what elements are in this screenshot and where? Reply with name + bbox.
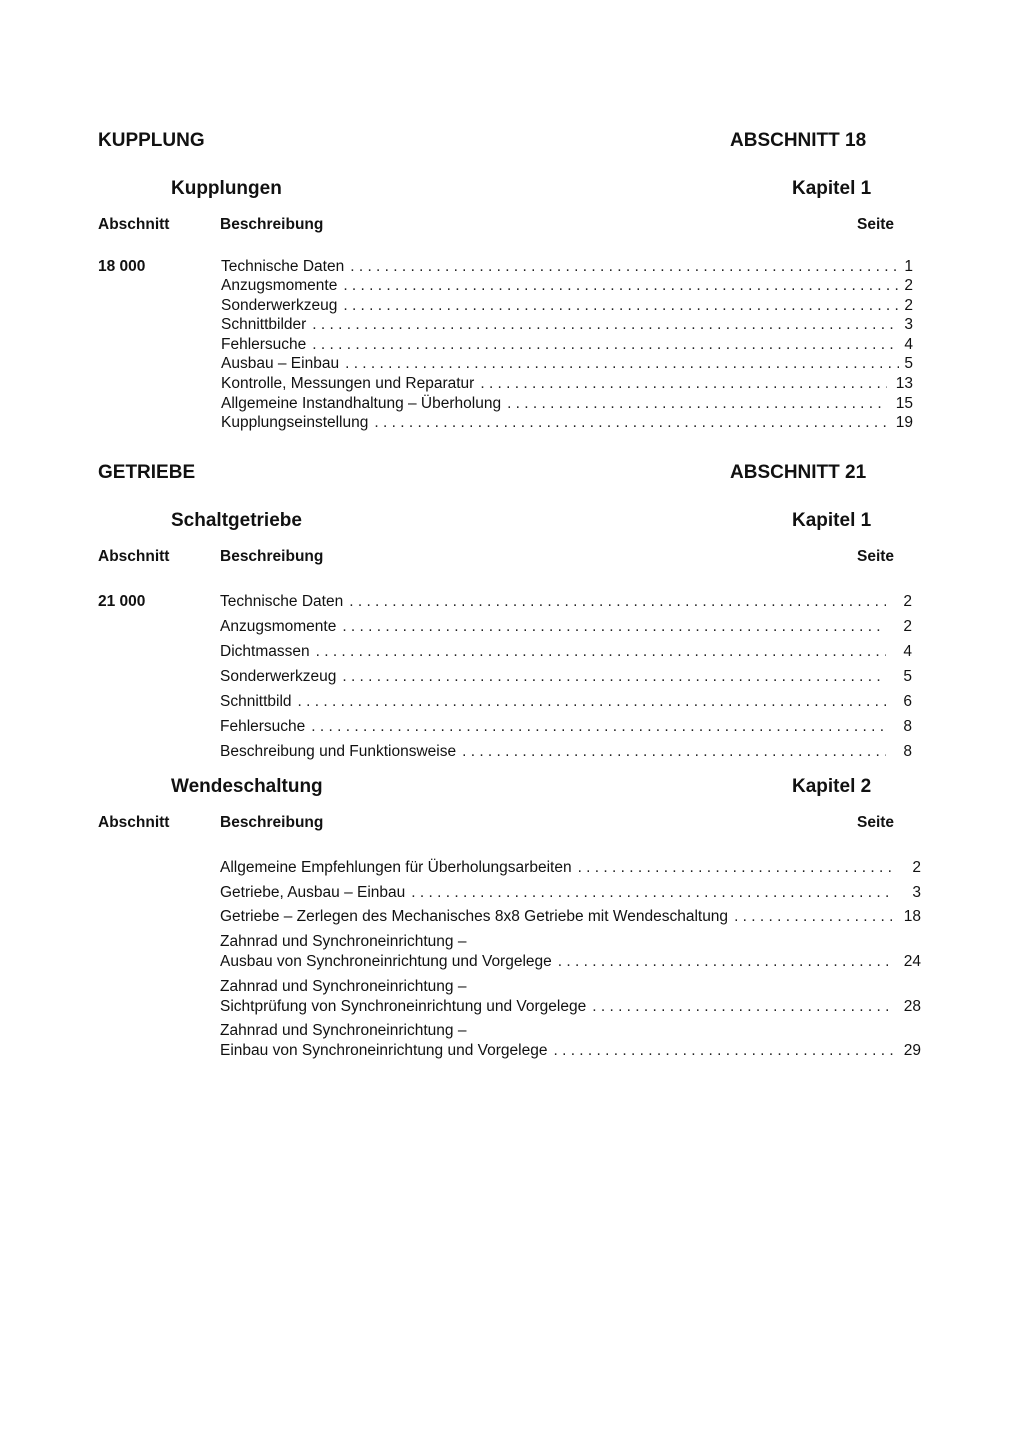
dot-leader: [374, 414, 887, 432]
toc-entry-page: 24: [899, 953, 921, 971]
dot-leader: [578, 859, 895, 877]
toc-entry-title-line1: Zahnrad und Synchroneinrichtung –: [220, 978, 586, 996]
chapter-title: Kupplungen: [171, 178, 282, 200]
toc-entry-title: Zahnrad und Synchroneinrichtung – Ausbau…: [220, 933, 552, 971]
toc-entry-page: 5: [903, 355, 913, 373]
toc-entry[interactable]: Anzugsmomente 2: [220, 618, 912, 636]
toc-entry[interactable]: Anzugsmomente 2: [221, 277, 913, 295]
dot-leader: [312, 316, 899, 334]
column-header-beschreibung: Beschreibung: [220, 548, 323, 566]
toc-entry[interactable]: Zahnrad und Synchroneinrichtung – Sichtp…: [220, 978, 921, 1016]
toc-entry-title: Schnittbilder: [221, 316, 306, 334]
toc-entry-page: 4: [890, 643, 912, 661]
toc-entry[interactable]: Allgemeine Empfehlungen für Überholungsa…: [220, 859, 921, 877]
toc-entry-page: 8: [890, 718, 912, 736]
dot-leader: [342, 668, 886, 686]
dot-leader: [343, 297, 899, 315]
section-abschnitt-label: ABSCHNITT 18: [730, 130, 866, 152]
dot-leader: [345, 355, 899, 373]
toc-entry-page: 2: [899, 859, 921, 877]
toc-entry-page: 3: [903, 316, 913, 334]
toc-entry[interactable]: Schnittbild 6: [220, 693, 912, 711]
chapter-title: Wendeschaltung: [171, 776, 323, 798]
toc-entry[interactable]: Sonderwerkzeug 5: [220, 668, 912, 686]
chapter-kapitel-label: Kapitel 1: [792, 178, 871, 200]
toc-entry-title-line1: Zahnrad und Synchroneinrichtung –: [220, 933, 552, 951]
dot-leader: [349, 593, 886, 611]
toc-entry-page: 19: [891, 414, 913, 432]
toc-entry-title: Kupplungseinstellung: [221, 414, 368, 432]
chapter-title: Schaltgetriebe: [171, 510, 302, 532]
toc-entry-title: Technische Daten: [220, 593, 343, 611]
dot-leader: [553, 1042, 895, 1060]
toc-entry-title: Allgemeine Instandhaltung – Überholung: [221, 395, 501, 413]
dot-leader: [311, 718, 886, 736]
toc-entry-title: Getriebe, Ausbau – Einbau: [220, 884, 405, 902]
toc-entry[interactable]: Allgemeine Instandhaltung – Überholung 1…: [221, 395, 913, 413]
column-header-abschnitt: Abschnitt: [98, 548, 169, 566]
toc-entry[interactable]: Technische Daten 2: [220, 593, 912, 611]
toc-entry[interactable]: Zahnrad und Synchroneinrichtung – Einbau…: [220, 1022, 921, 1060]
column-header-abschnitt: Abschnitt: [98, 216, 169, 234]
toc-entry-title: Zahnrad und Synchroneinrichtung – Einbau…: [220, 1022, 547, 1060]
dot-leader: [312, 336, 899, 354]
toc-entry-page: 28: [899, 998, 921, 1016]
toc-entry-page: 15: [891, 395, 913, 413]
dot-leader: [350, 258, 899, 276]
column-header-seite: Seite: [857, 216, 894, 234]
toc-entry[interactable]: Sonderwerkzeug 2: [221, 297, 913, 315]
dot-leader: [298, 693, 886, 711]
dot-leader: [316, 643, 886, 661]
toc-entry-title: Fehlersuche: [221, 336, 306, 354]
dot-leader: [480, 375, 887, 393]
toc-entry[interactable]: Fehlersuche 4: [221, 336, 913, 354]
dot-leader: [462, 743, 886, 761]
toc-entry-page: 2: [890, 618, 912, 636]
toc-entry[interactable]: Zahnrad und Synchroneinrichtung – Ausbau…: [220, 933, 921, 971]
toc-entry-title: Sonderwerkzeug: [221, 297, 337, 315]
toc-entry-page: 29: [899, 1042, 921, 1060]
toc-entry-page: 18: [899, 908, 921, 926]
toc-entry[interactable]: Fehlersuche 8: [220, 718, 912, 736]
chapter-kapitel-label: Kapitel 2: [792, 776, 871, 798]
toc-entry-page: 13: [891, 375, 913, 393]
toc-entry-page: 2: [890, 593, 912, 611]
toc-entry-page: 8: [890, 743, 912, 761]
toc-entry-title: Allgemeine Empfehlungen für Überholungsa…: [220, 859, 572, 877]
toc-entry-title: Kontrolle, Messungen und Reparatur: [221, 375, 474, 393]
toc-entry[interactable]: Technische Daten 1: [221, 258, 913, 276]
dot-leader: [558, 953, 895, 971]
dot-leader: [342, 618, 886, 636]
toc-entry-title: Anzugsmomente: [220, 618, 336, 636]
column-header-beschreibung: Beschreibung: [220, 814, 323, 832]
toc-entry-page: 5: [890, 668, 912, 686]
toc-entry-title-line2: Einbau von Synchroneinrichtung und Vorge…: [220, 1042, 547, 1060]
toc-entry[interactable]: Beschreibung und Funktionsweise 8: [220, 743, 912, 761]
dot-leader: [411, 884, 895, 902]
toc-entry-title: Getriebe – Zerlegen des Mechanisches 8x8…: [220, 908, 728, 926]
toc-entry-title: Beschreibung und Funktionsweise: [220, 743, 456, 761]
toc-entry-title: Schnittbild: [220, 693, 292, 711]
dot-leader: [734, 908, 895, 926]
section-title: GETRIEBE: [98, 462, 195, 484]
toc-entry-page: 2: [903, 277, 913, 295]
toc-entry-title: Ausbau – Einbau: [221, 355, 339, 373]
toc-entry[interactable]: Kupplungseinstellung 19: [221, 414, 913, 432]
chapter-kapitel-label: Kapitel 1: [792, 510, 871, 532]
toc-entry-page: 1: [903, 258, 913, 276]
toc-entry-title: Zahnrad und Synchroneinrichtung – Sichtp…: [220, 978, 586, 1016]
abschnitt-code: 21 000: [98, 593, 145, 611]
dot-leader: [507, 395, 887, 413]
toc-entry-title-line1: Zahnrad und Synchroneinrichtung –: [220, 1022, 547, 1040]
toc-entry[interactable]: Getriebe, Ausbau – Einbau 3: [220, 884, 921, 902]
toc-entry[interactable]: Kontrolle, Messungen und Reparatur 13: [221, 375, 913, 393]
toc-entry-title: Dichtmassen: [220, 643, 310, 661]
section-abschnitt-label: ABSCHNITT 21: [730, 462, 866, 484]
toc-entry[interactable]: Ausbau – Einbau 5: [221, 355, 913, 373]
abschnitt-code: 18 000: [98, 258, 145, 276]
dot-leader: [592, 998, 895, 1016]
toc-entry-title: Anzugsmomente: [221, 277, 337, 295]
toc-entry[interactable]: Dichtmassen 4: [220, 643, 912, 661]
toc-entry-page: 4: [903, 336, 913, 354]
section-title: KUPPLUNG: [98, 130, 205, 152]
column-header-seite: Seite: [857, 548, 894, 566]
toc-entry-title-line2: Sichtprüfung von Synchroneinrichtung und…: [220, 998, 586, 1016]
toc-entry[interactable]: Schnittbilder 3: [221, 316, 913, 334]
toc-entry-title: Fehlersuche: [220, 718, 305, 736]
toc-entry-page: 3: [899, 884, 921, 902]
column-header-beschreibung: Beschreibung: [220, 216, 323, 234]
dot-leader: [343, 277, 899, 295]
column-header-seite: Seite: [857, 814, 894, 832]
toc-entry-title-line2: Ausbau von Synchroneinrichtung und Vorge…: [220, 953, 552, 971]
toc-entry-title: Technische Daten: [221, 258, 344, 276]
toc-entry[interactable]: Getriebe – Zerlegen des Mechanisches 8x8…: [220, 908, 921, 926]
toc-entry-page: 2: [903, 297, 913, 315]
column-header-abschnitt: Abschnitt: [98, 814, 169, 832]
toc-entry-page: 6: [890, 693, 912, 711]
toc-entry-title: Sonderwerkzeug: [220, 668, 336, 686]
